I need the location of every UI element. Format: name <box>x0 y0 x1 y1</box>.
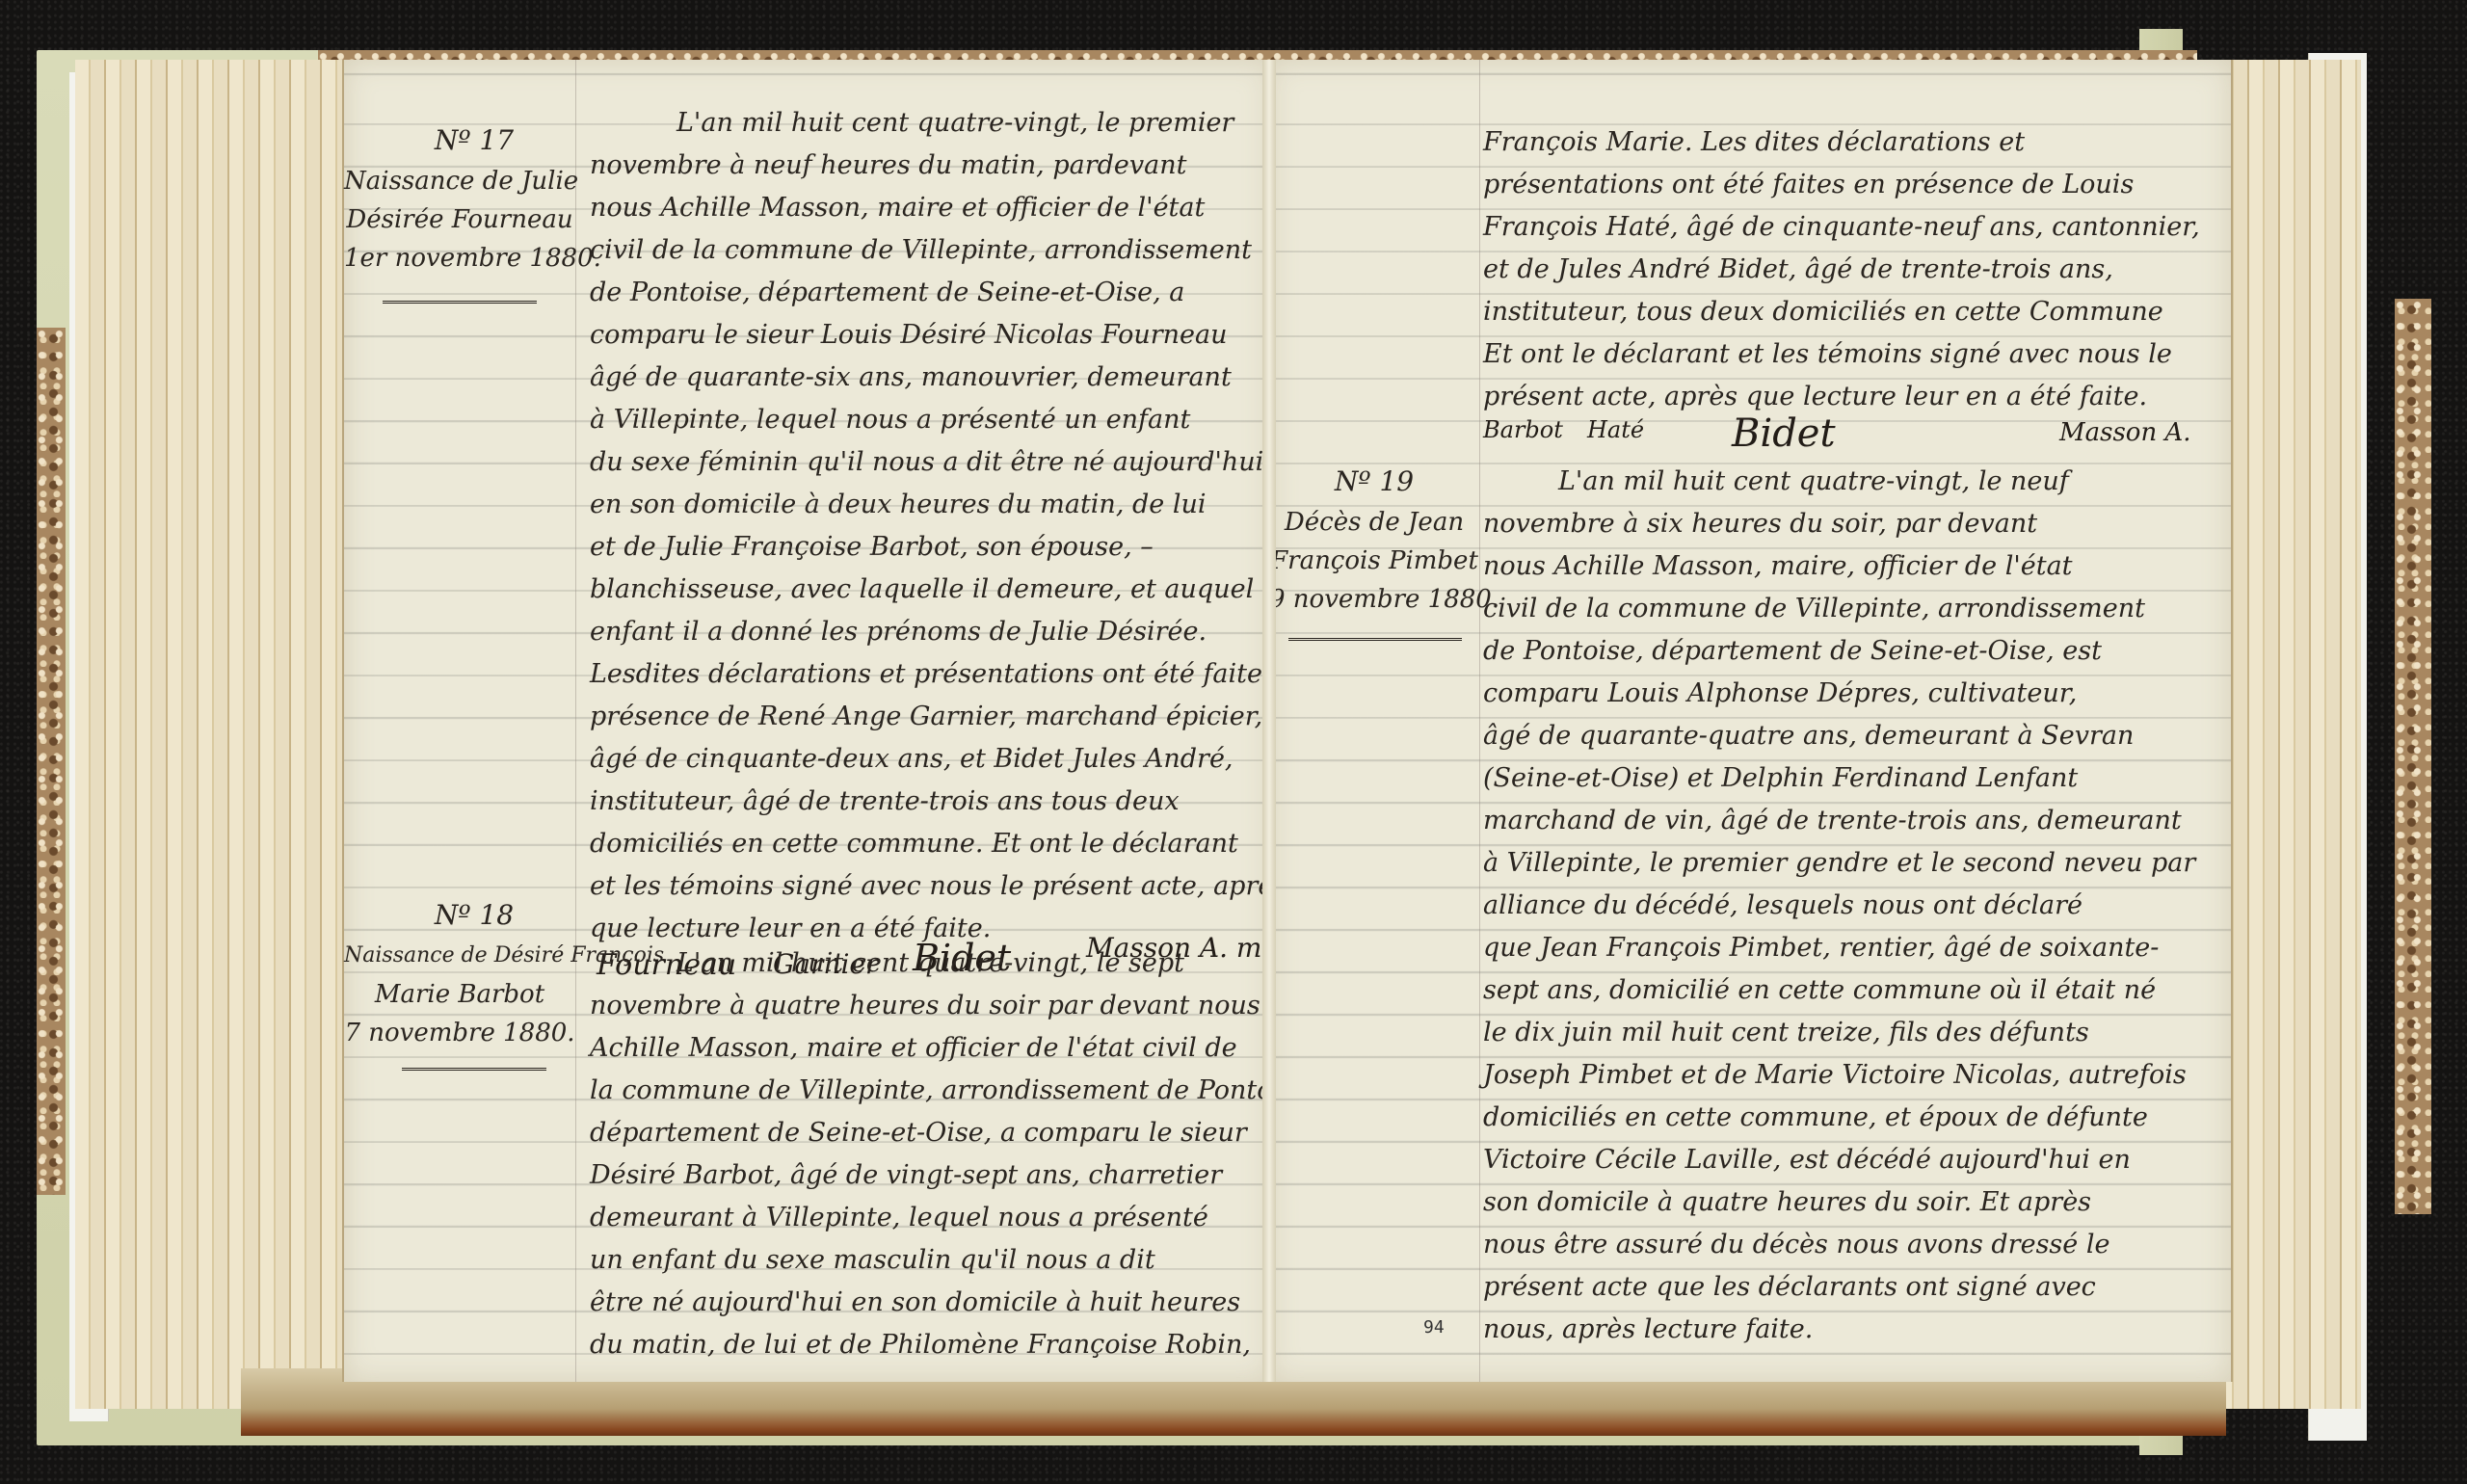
book-gutter <box>1262 60 1276 1382</box>
text-line: comparu Louis Alphonse Dépres, cultivate… <box>1483 673 2077 715</box>
text-line: du matin, de lui et de Philomène Françoi… <box>590 1324 1251 1366</box>
text-line: François Marie. Les dites déclarations e… <box>1483 121 2025 164</box>
text-line: présentations ont été faites en présence… <box>1483 164 2134 206</box>
text-line: (Seine-et-Oise) et Delphin Ferdinand Len… <box>1483 757 2078 800</box>
text-line: Lesdites déclarations et présentations o… <box>590 653 1316 696</box>
text-line: blanchisseuse, avec laquelle il demeure,… <box>590 569 1254 611</box>
text-line: âgé de cinquante-deux ans, et Bidet Jule… <box>590 738 1233 781</box>
margin-title-line: François Pimbet <box>1269 542 1479 580</box>
text-line: en son domicile à deux heures du matin, … <box>590 484 1206 526</box>
text-line: le dix juin mil huit cent treize, fils d… <box>1483 1012 2089 1054</box>
margin-date: 1er novembre 1880. <box>344 239 575 278</box>
text-line: Joseph Pimbet et de Marie Victoire Nicol… <box>1483 1054 2187 1097</box>
marbled-board-right <box>2395 299 2431 1214</box>
margin-title-line: Marie Barbot <box>344 975 575 1014</box>
text-line: domiciliés en cette commune, et époux de… <box>1483 1097 2148 1139</box>
text-line: présence de René Ange Garnier, marchand … <box>590 696 1262 738</box>
signature-masson: Masson A. <box>2059 418 2191 447</box>
margin-title-line: Naissance de Julie <box>344 162 575 200</box>
text-line: nous, après lecture faite. <box>1483 1309 1813 1351</box>
text-line: instituteur, âgé de trente-trois ans tou… <box>590 781 1180 823</box>
text-line: alliance du décédé, lesquels nous ont dé… <box>1483 885 2082 927</box>
text-line: âgé de quarante-six ans, manouvrier, dem… <box>590 357 1232 399</box>
text-line: nous être assuré du décès nous avons dre… <box>1483 1224 2109 1266</box>
text-line: domiciliés en cette commune. Et ont le d… <box>590 823 1238 865</box>
text-line: enfant il a donné les prénoms de Julie D… <box>590 611 1207 653</box>
text-line: comparu le sieur Louis Désiré Nicolas Fo… <box>590 314 1228 357</box>
entry-number: Nº 18 <box>402 896 546 935</box>
margin-underline <box>383 301 537 304</box>
text-line: âgé de quarante-quatre ans, demeurant à … <box>1483 715 2134 757</box>
margin-date: 9 novembre 1880. <box>1269 580 1479 619</box>
margin-title-line: Naissance de Désiré François <box>344 937 575 975</box>
page-number: 94 <box>1423 1317 1445 1338</box>
text-line: que Jean François Pimbet, rentier, âgé d… <box>1483 927 2159 969</box>
text-line: novembre à neuf heures du matin, pardeva… <box>590 145 1186 187</box>
marbled-board-left <box>37 328 66 1195</box>
right-page: François Marie. Les dites déclarations e… <box>1269 60 2233 1382</box>
text-line: instituteur, tous deux domiciliés en cet… <box>1483 291 2163 333</box>
text-line: L'an mil huit cent quatre-vingt, le sept <box>676 942 1184 985</box>
text-line: nous Achille Masson, maire et officier d… <box>590 187 1205 229</box>
text-line: du sexe féminin qu'il nous a dit être né… <box>590 441 1263 484</box>
text-line: de Pontoise, département de Seine-et-Ois… <box>1483 630 2102 673</box>
page-stack-left <box>75 60 345 1409</box>
text-line: présent acte que les déclarants ont sign… <box>1483 1266 2096 1309</box>
margin-underline <box>402 1068 546 1071</box>
text-line: François Haté, âgé de cinquante-neuf ans… <box>1483 206 2200 249</box>
text-line: sept ans, domicilié en cette commune où … <box>1483 969 2156 1012</box>
text-line: Achille Masson, maire et officier de l'é… <box>590 1027 1237 1070</box>
text-line: civil de la commune de Villepinte, arron… <box>1483 588 2145 630</box>
text-line: novembre à six heures du soir, par devan… <box>1483 503 2037 545</box>
signature-barbot: Barbot <box>1483 416 1563 443</box>
text-line: nous Achille Masson, maire, officier de … <box>1483 545 2073 588</box>
text-line: un enfant du sexe masculin qu'il nous a … <box>590 1239 1155 1282</box>
margin-underline <box>1288 638 1462 641</box>
text-line: demeurant à Villepinte, lequel nous a pr… <box>590 1197 1208 1239</box>
text-line: civil de la commune de Villepinte, arron… <box>590 229 1252 272</box>
entry-number: Nº 17 <box>402 121 546 160</box>
text-line: L'an mil huit cent quatre-vingt, le prem… <box>676 102 1233 145</box>
text-line: Désiré Barbot, âgé de vingt-sept ans, ch… <box>590 1154 1222 1197</box>
text-line: son domicile à quatre heures du soir. Et… <box>1483 1181 2091 1224</box>
text-line: la commune de Villepinte, arrondissement… <box>590 1070 1310 1112</box>
text-line: département de Seine-et-Oise, a comparu … <box>590 1112 1247 1154</box>
margin-date: 7 novembre 1880. <box>344 1014 575 1052</box>
text-line: et les témoins signé avec nous le présen… <box>590 865 1287 908</box>
text-line: et de Jules André Bidet, âgé de trente-t… <box>1483 249 2113 291</box>
margin-title-line: Désirée Fourneau <box>344 200 575 239</box>
margin-rule <box>1479 60 1480 1382</box>
margin-title-line: Décès de Jean <box>1269 503 1479 542</box>
text-line: marchand de vin, âgé de trente-trois ans… <box>1483 800 2182 842</box>
text-line: à Villepinte, lequel nous a présenté un … <box>590 399 1190 441</box>
signature-hate: Haté <box>1587 416 1644 443</box>
text-line: de Pontoise, département de Seine-et-Ois… <box>590 272 1184 314</box>
text-line: être né aujourd'hui en son domicile à hu… <box>590 1282 1240 1324</box>
text-line: Et ont le déclarant et les témoins signé… <box>1483 333 2172 376</box>
text-line: L'an mil huit cent quatre-vingt, le neuf <box>1558 461 2069 503</box>
entry-number: Nº 19 <box>1269 463 1479 501</box>
text-line: et de Julie Françoise Barbot, son épouse… <box>590 526 1154 569</box>
left-page: Nº 17 Naissance de Julie Désirée Fournea… <box>342 60 1271 1382</box>
text-line: Victoire Cécile Laville, est décédé aujo… <box>1483 1139 2131 1181</box>
signature-bidet: Bidet <box>1732 411 1836 456</box>
text-line: à Villepinte, le premier gendre et le se… <box>1483 842 2195 885</box>
text-line: novembre à quatre heures du soir par dev… <box>590 985 1260 1027</box>
